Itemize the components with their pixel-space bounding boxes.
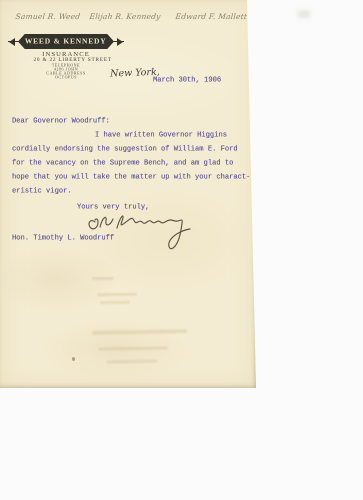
firm-banner: WEED & KENNEDY: [8, 33, 124, 50]
bleedthrough-smudge: [92, 277, 114, 280]
signature-er-kennedy-script: [86, 206, 202, 258]
firm-name: WEED & KENNEDY: [25, 37, 107, 46]
salutation: Dear Governor Woodruff:: [12, 117, 110, 125]
partner-name-kennedy: Elijah R. Kennedy: [89, 12, 161, 21]
bleedthrough-smudge: [100, 301, 130, 305]
letter-date: March 30th, 1906: [153, 76, 221, 84]
partner-name-weed: Samuel R. Weed: [15, 12, 81, 21]
firm-name-ribbon: WEED & KENNEDY: [18, 34, 114, 49]
banner-arrowhead-right-icon: [117, 38, 123, 46]
bleedthrough-smudge: [98, 346, 168, 350]
bleedthrough-smudge: [97, 293, 137, 297]
banner-arrowhead-left-icon: [9, 38, 15, 46]
letter-paper: Samuel R. Weed Elijah R. Kennedy Edward …: [0, 0, 256, 388]
body-line: hope that you will take the matter up wi…: [12, 173, 250, 181]
bleedthrough-smudge: [107, 360, 157, 364]
cable-address-name: OCTOPUS: [37, 75, 96, 80]
body-line: eristic vigor.: [12, 187, 72, 195]
bleedthrough-smudge: [92, 329, 187, 335]
body-line: for the vacancy on the Supreme Bench, an…: [12, 159, 233, 167]
address-line: 20 & 22 LIBERTY STREET: [34, 57, 99, 63]
scanned-letter-view: Samuel R. Weed Elijah R. Kennedy Edward …: [0, 0, 363, 500]
scanner-background-mark: [297, 10, 311, 18]
body-line: cordially endorsing the suggestion of Wi…: [12, 145, 238, 153]
ink-spot: [72, 357, 75, 361]
partner-name-mallett: Edward F. Mallett: [175, 12, 248, 21]
body-line: I have written Governor Higgins: [95, 131, 227, 139]
addressee-line: Hon. Timothy L. Woodruff: [12, 234, 114, 242]
